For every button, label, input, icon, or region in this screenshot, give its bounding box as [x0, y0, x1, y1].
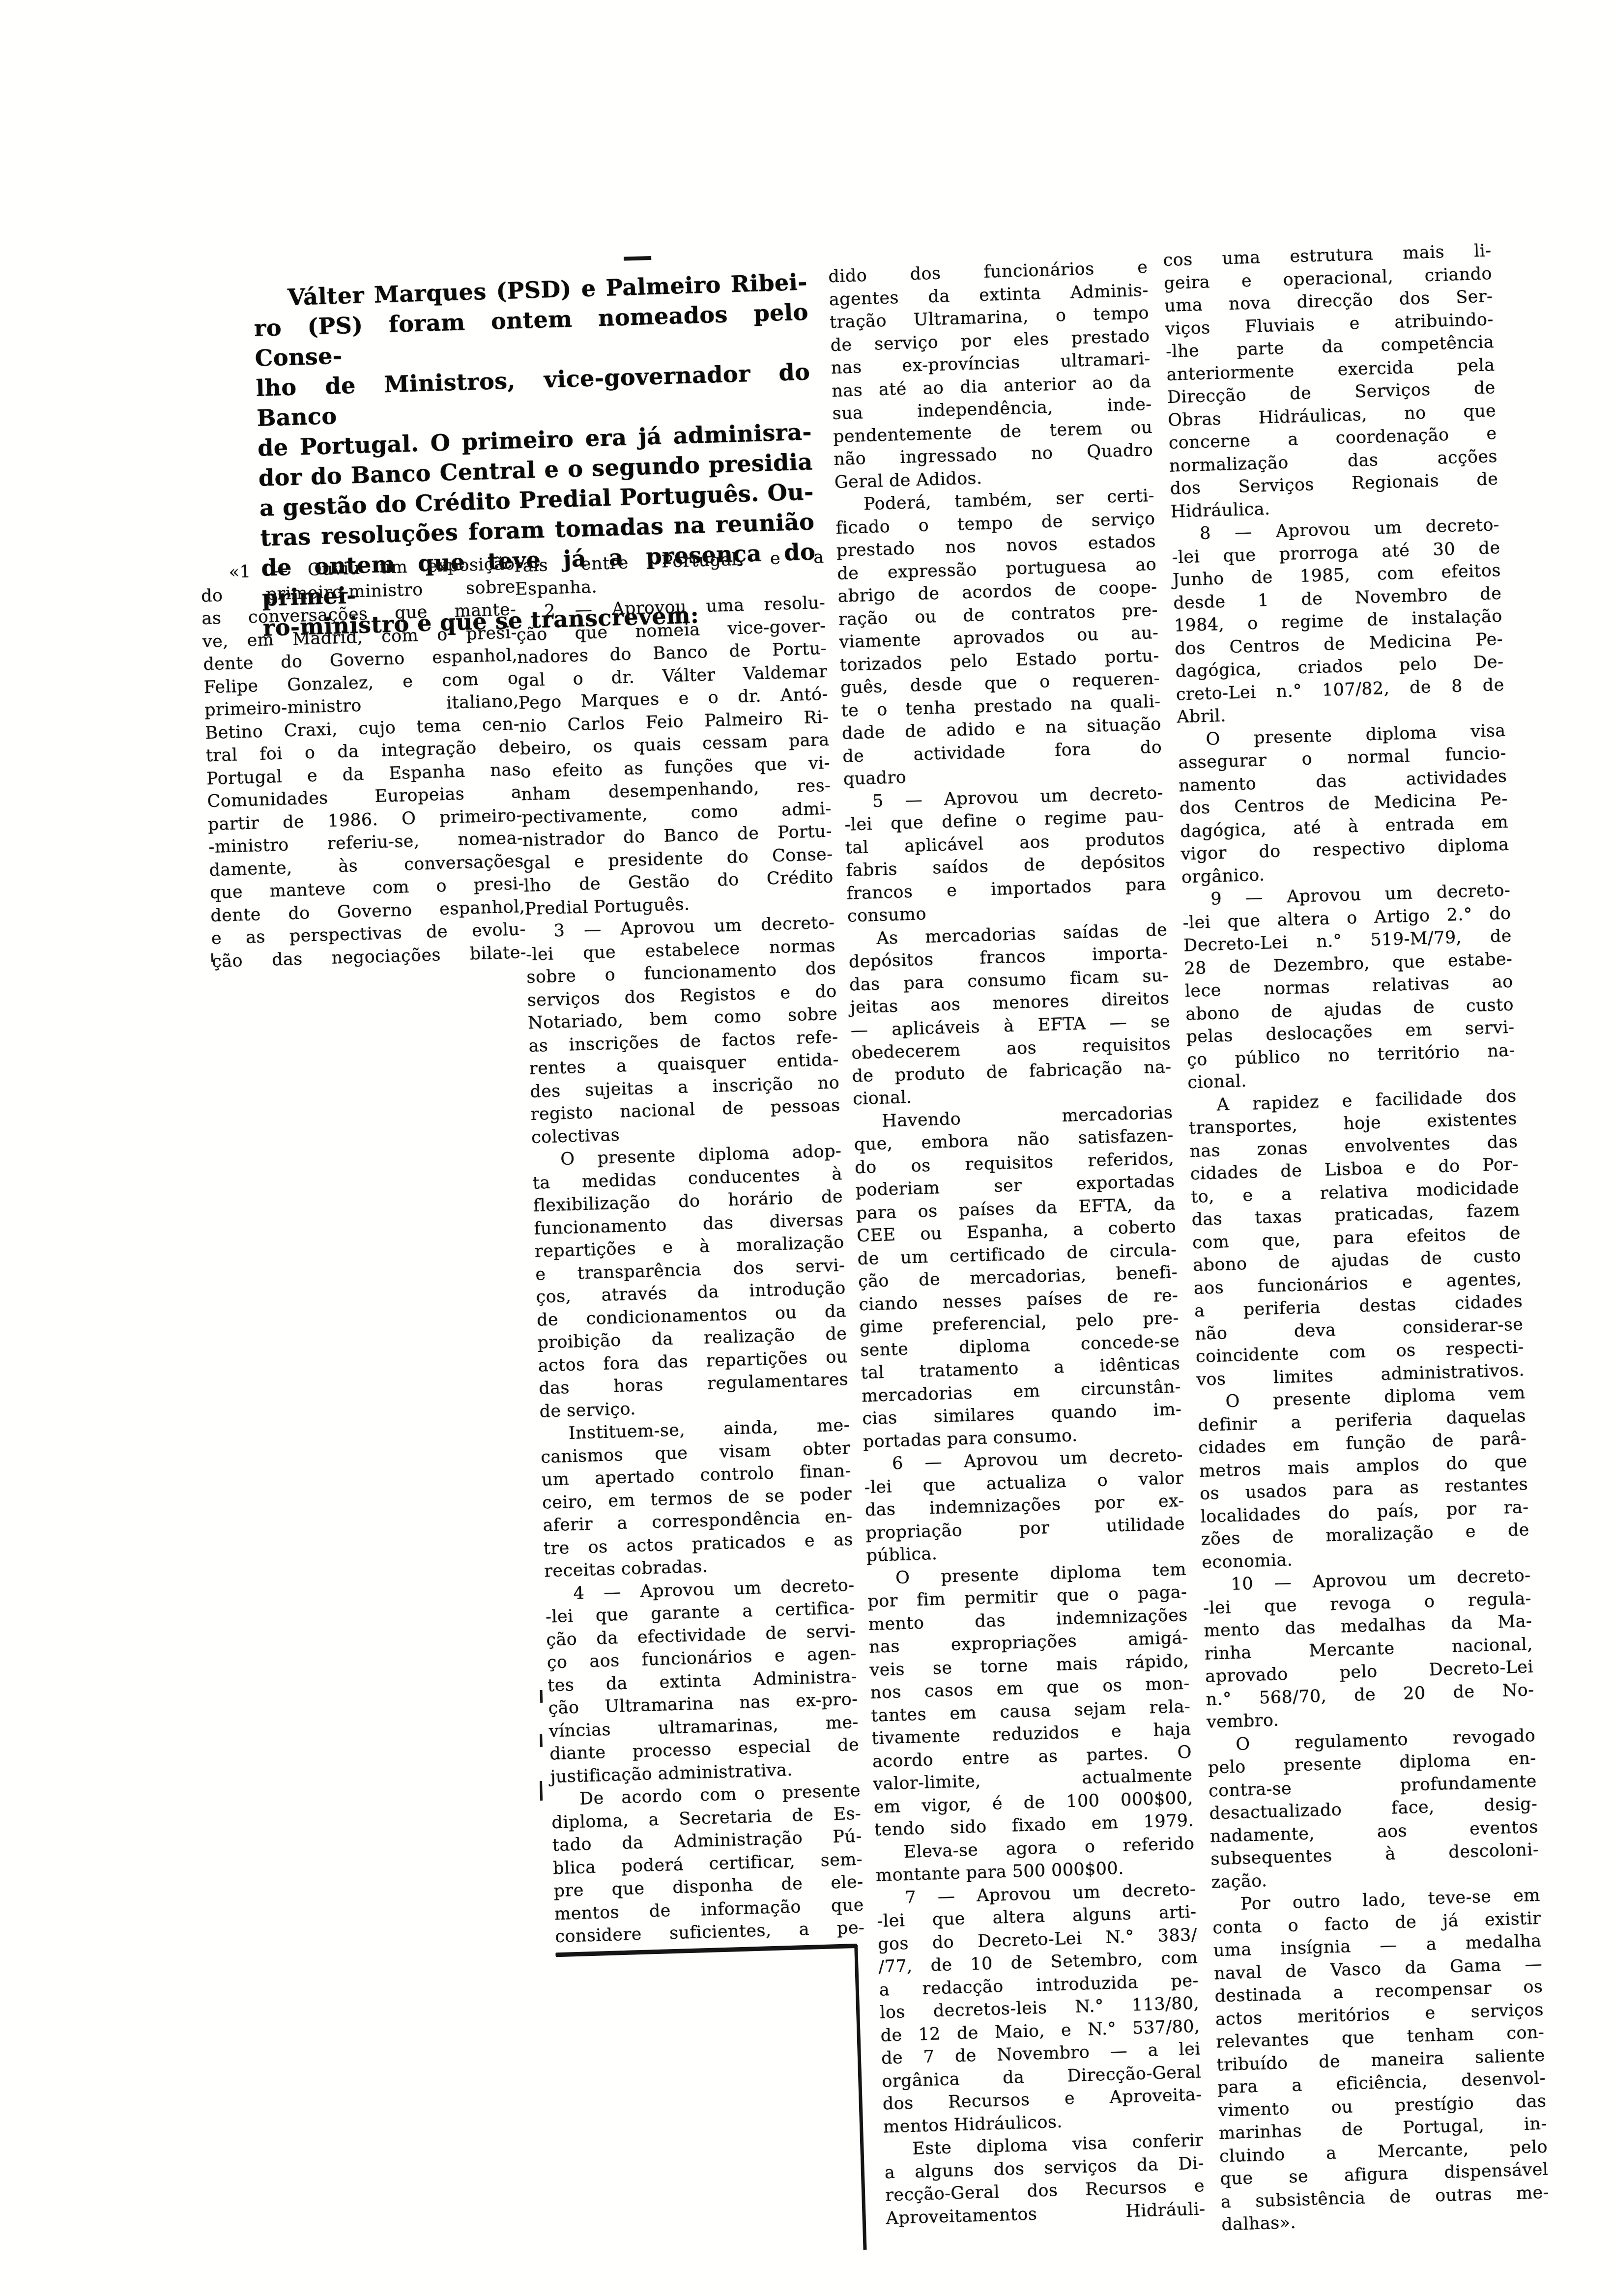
text-column-1: «1 — Ouviu um exposiçãodo primeiro-minis…	[200, 552, 527, 973]
scan-tick-artifact	[211, 953, 214, 962]
scan-dash-artifact	[624, 256, 651, 261]
column-separator-line-artifact	[854, 1945, 866, 2250]
text-column-2: rais entre Portugal e aEspanha.2 — Aprov…	[514, 546, 865, 1949]
scanned-newspaper-page: Válter Marques (PSD) e Palmeiro Ribei-ro…	[0, 0, 1612, 2296]
text-column-4: cos uma estrutura mais li-geira e operac…	[1163, 239, 1550, 2237]
page-content: Válter Marques (PSD) e Palmeiro Ribei-ro…	[0, 0, 1612, 2295]
scan-tick-artifact	[540, 1734, 543, 1747]
text-column-3: dido dos funcionários eagentes da extint…	[828, 256, 1206, 2230]
scan-tick-artifact	[540, 1781, 543, 1801]
scan-tick-artifact	[540, 1690, 543, 1703]
